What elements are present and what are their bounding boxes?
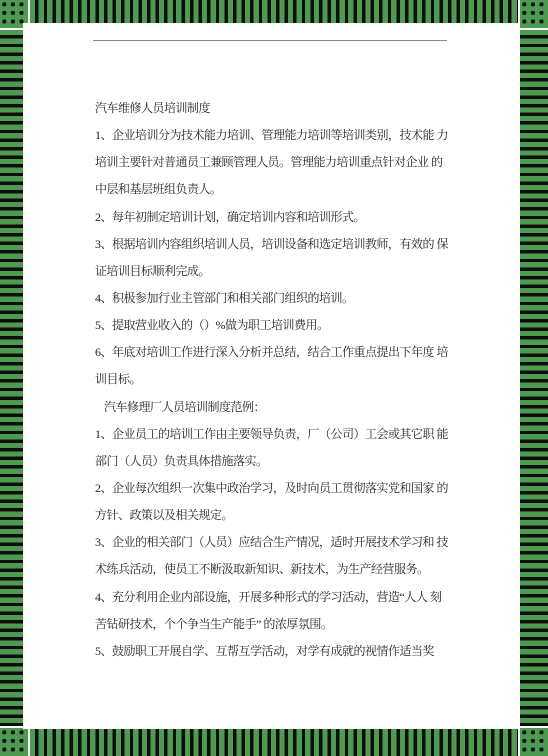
doc-line: 5、鼓励职工开展自学、互帮互学活动，对学有成就的视情作适当奖 <box>95 638 457 665</box>
doc-line: 中层和基层班组负责人。 <box>95 176 457 203</box>
doc-line: 训目标。 <box>95 366 457 393</box>
doc-line: 证培训目标顺利完成。 <box>95 258 457 285</box>
border-stripes-top <box>30 0 518 23</box>
doc-line: 4、充分利用企业内部设施，开展多种形式的学习活动，营造“人人 刻 <box>95 584 457 611</box>
border-stripes-bottom <box>30 729 518 756</box>
framed-document: 汽车维修人员培训制度 1、企业培训分为技术能力培训、管理能力培训等培训类别，技术… <box>0 0 548 756</box>
border-stripes-left <box>0 30 23 726</box>
doc-line: 6、年底对培训工作进行深入分析并总结，结合工作重点提出下年度 培 <box>95 339 457 366</box>
doc-line: 1、企业培训分为技术能力培训、管理能力培训等培训类别，技术能 力 <box>95 122 457 149</box>
doc-line: 4、积极参加行业主管部门和相关部门组织的培训。 <box>95 285 457 312</box>
doc-line: 术练兵活动，使员工不断汲取新知识、新技术，为生产经营服务。 <box>95 556 457 583</box>
border-stripes-right <box>520 30 548 726</box>
doc-line: 5、提取营业收入的（）%做为职工培训费用。 <box>95 312 457 339</box>
border-dotted-corner-bottom-left <box>0 728 28 756</box>
doc-line: 2、企业每次组织一次集中政治学习，及时向员工贯彻落实党和国家 的 <box>95 475 457 502</box>
border-dotted-corner-bottom-right <box>520 728 548 756</box>
doc-line: 2、每年初制定培训计划，确定培训内容和培训形式。 <box>95 204 457 231</box>
doc-line: 部门（人员）负责具体措施落实。 <box>95 448 457 475</box>
header-rule-line <box>93 40 447 41</box>
doc-line: 方针、政策以及相关规定。 <box>95 502 457 529</box>
doc-line: 培训主要针对普通员工兼顾管理人员。管理能力培训重点针对企业 的 <box>95 149 457 176</box>
doc-line: 苦钻研技术，个个争当生产能手” 的浓厚氛围。 <box>95 611 457 638</box>
doc-line: 3、根据培训内容组织培训人员，培训设备和选定培训教师，有效的 保 <box>95 231 457 258</box>
border-dotted-corner-top-right <box>520 0 548 28</box>
doc-title: 汽车维修人员培训制度 <box>95 95 457 122</box>
document-body: 汽车维修人员培训制度 1、企业培训分为技术能力培训、管理能力培训等培训类别，技术… <box>95 95 457 665</box>
doc-line: 3、企业的相关部门（人员）应结合生产情况，适时开展技术学习和 技 <box>95 529 457 556</box>
doc-line: 1、企业员工的培训工作由主要领导负责，厂（公司）工会或其它职 能 <box>95 421 457 448</box>
doc-subheading: 汽车修理厂人员培训制度范例： <box>95 394 457 421</box>
